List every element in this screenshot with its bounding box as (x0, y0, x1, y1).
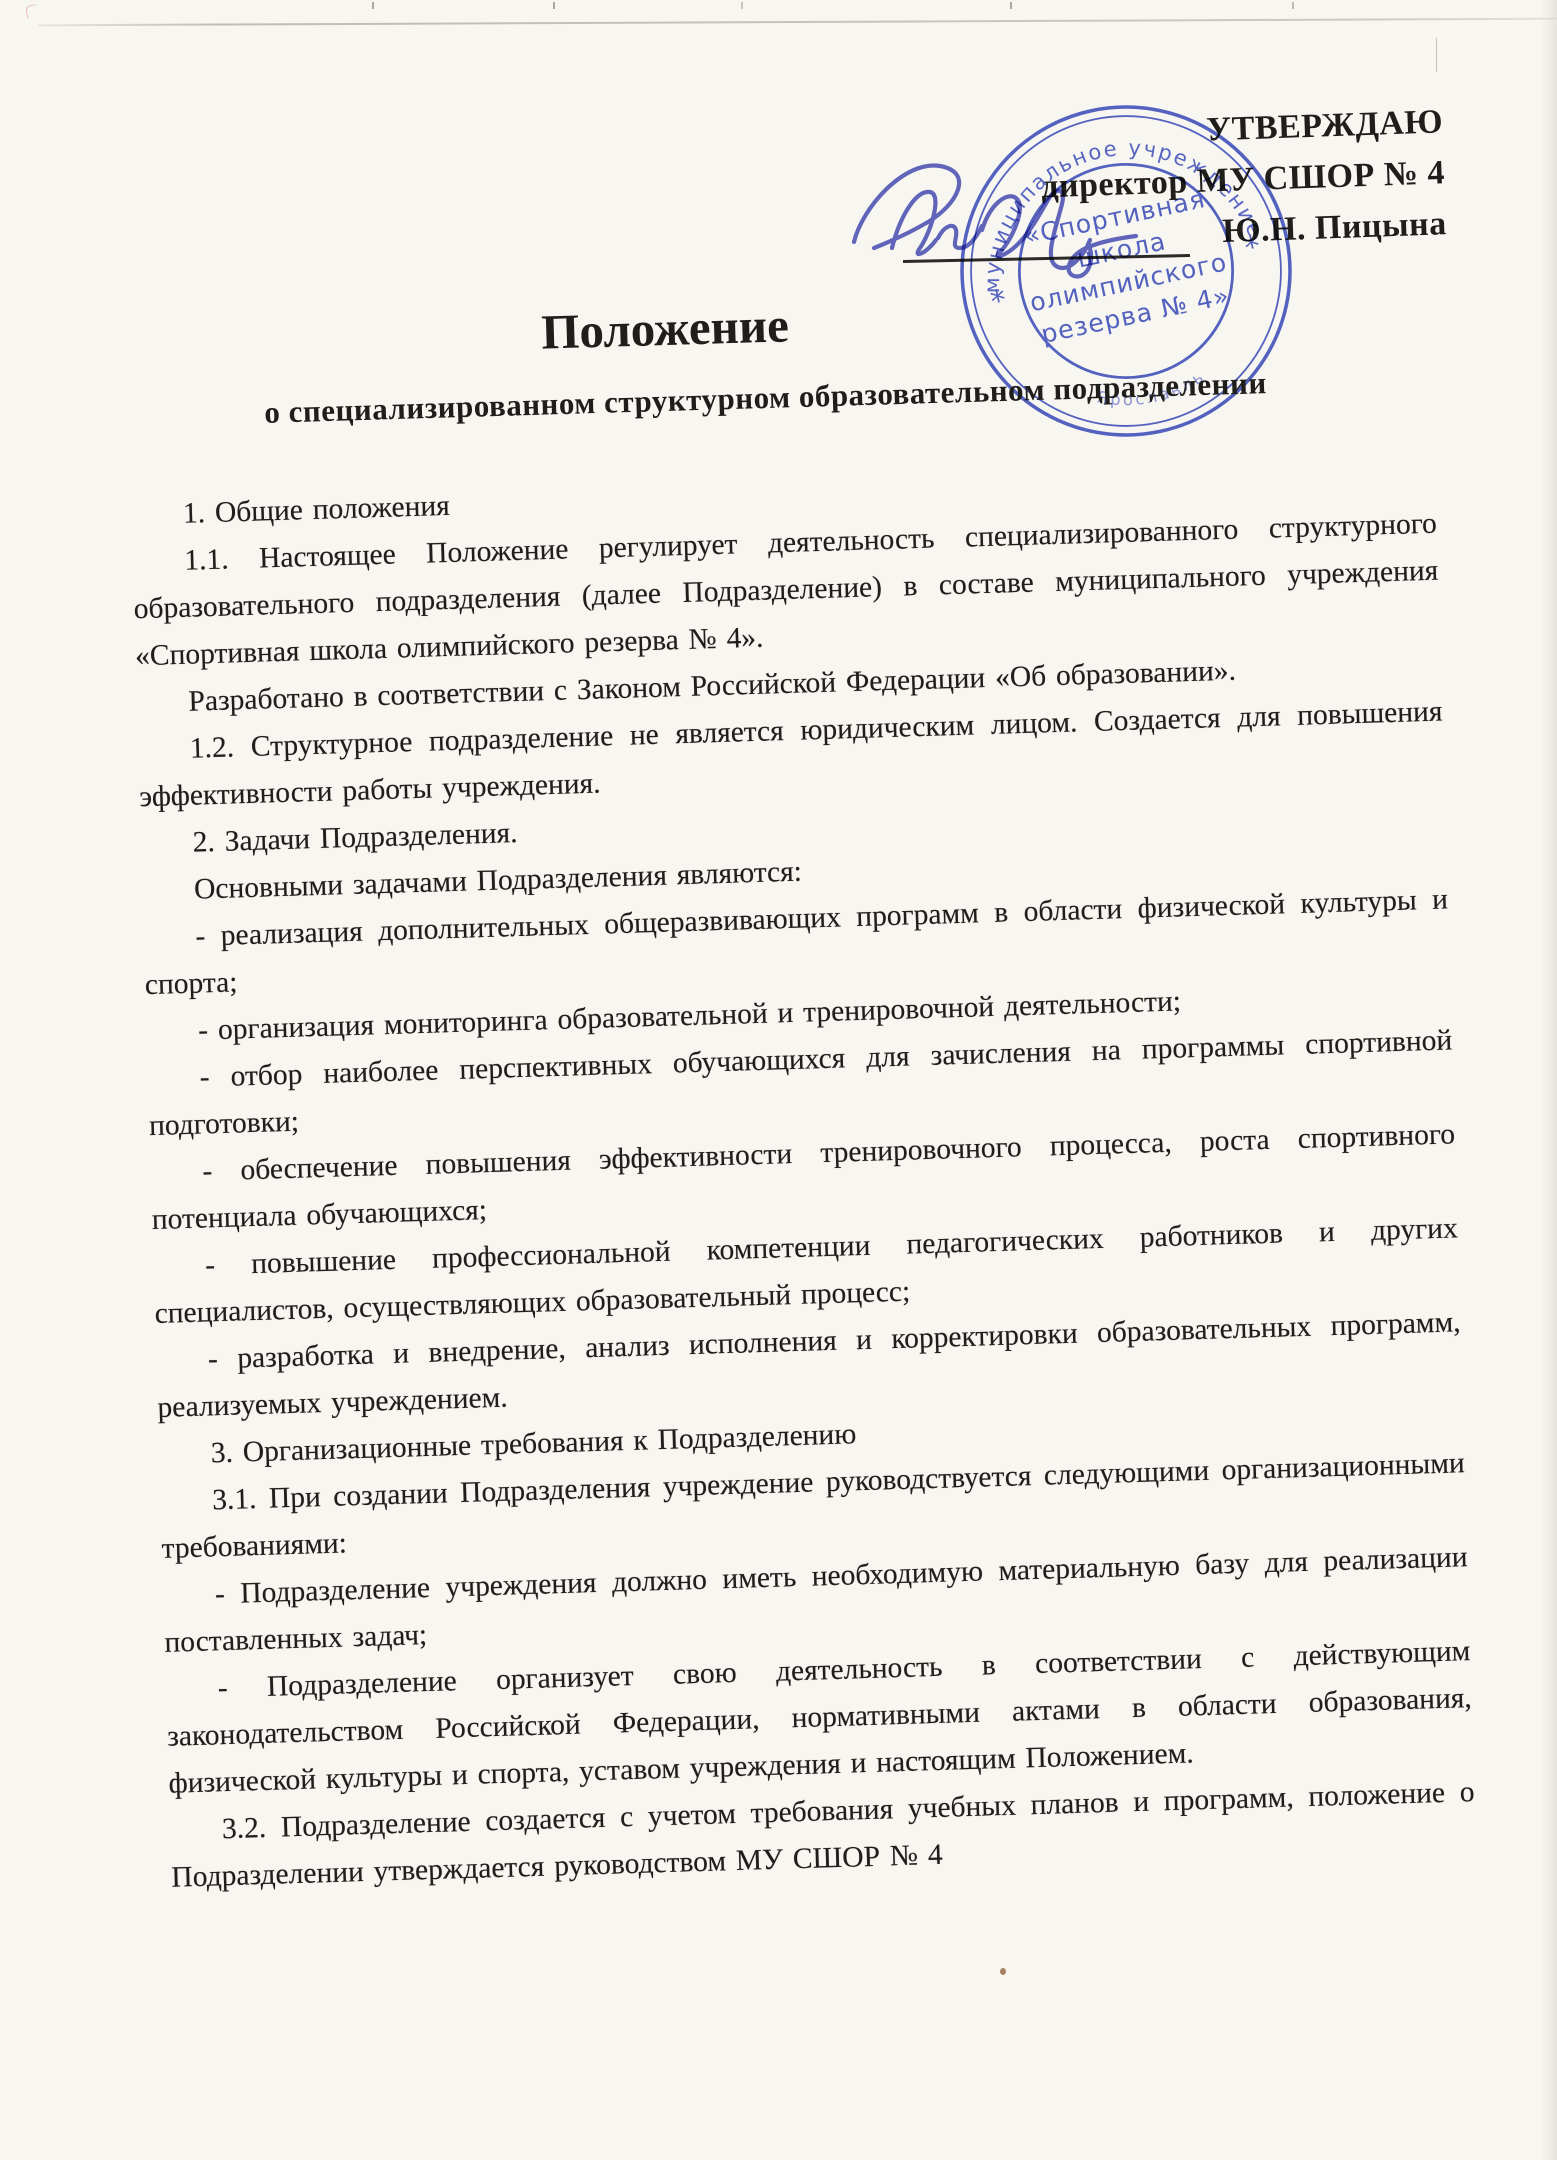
scanner-artifact-tick (1292, 2, 1294, 9)
scanned-document-page: УТВЕРЖДАЮ директор МУ СШОР № 4 Ю.Н. Пицы… (0, 0, 1557, 2160)
scanner-artifact-tick (372, 2, 374, 9)
document-body: 1. Общие положения1.1. Настоящее Положен… (130, 454, 1476, 1902)
scanner-artifact-tick (553, 2, 555, 9)
paper-speck (1000, 1968, 1006, 1975)
scanner-artifact-line (38, 18, 1557, 27)
scanner-artifact-fold (1436, 38, 1437, 72)
scanner-artifact-tick (1010, 2, 1012, 9)
corner-pen-mark (25, 4, 38, 19)
scanner-artifact-tick (741, 2, 743, 9)
